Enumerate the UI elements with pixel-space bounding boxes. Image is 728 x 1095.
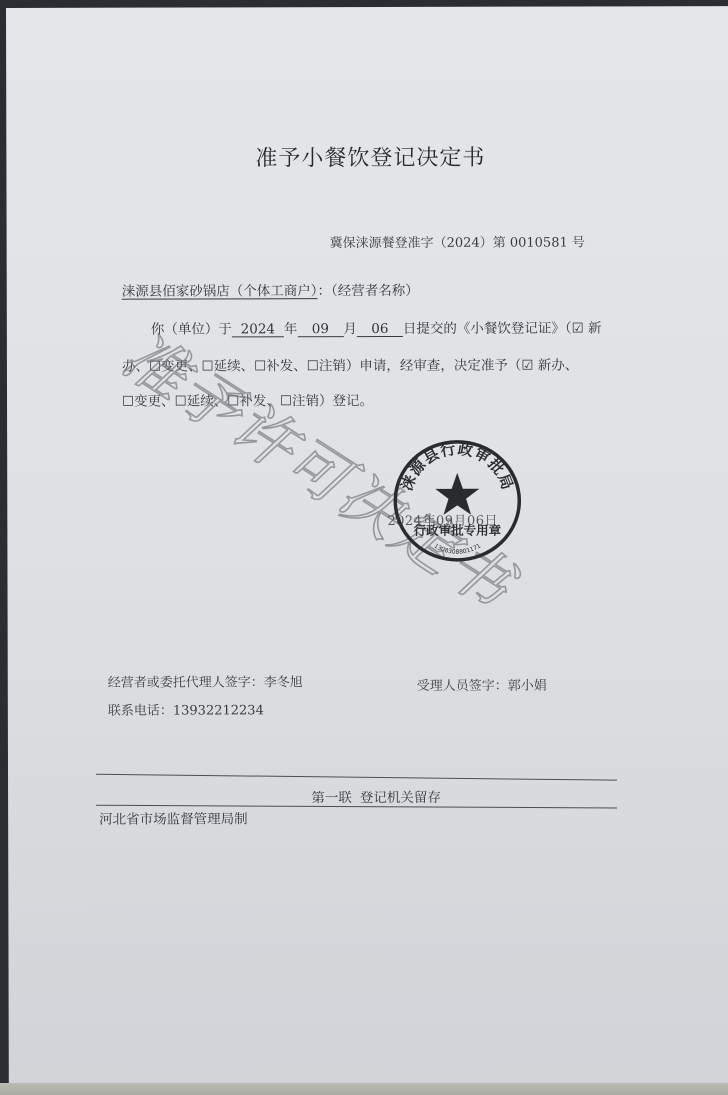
- receiver-signature-label: 受理人员签字：: [417, 679, 508, 694]
- copy-label: 第一联登记机关留存: [8, 785, 728, 807]
- submission-prefix: 你（单位）于: [151, 321, 232, 337]
- copy-desc: 登记机关留存: [360, 786, 441, 806]
- year-label: 年: [284, 321, 298, 337]
- decision-line: 办、☐变更、☐延续、☐补发、☐注销）申请，经审查，决定准予（☑ 新办、: [122, 354, 578, 375]
- operator-name-suffix: ：（经营者名称）: [317, 283, 418, 299]
- phone-number: 13932212234: [173, 703, 264, 718]
- decision-line-end: ☐变更、☐延续、☐补发、☐注销）登记。: [122, 389, 373, 410]
- operator-signature: 经营者或委托代理人签字：李冬旭: [108, 671, 303, 691]
- receiver-signature: 受理人员签字：郭小娟: [417, 675, 547, 694]
- submission-suffix: 日提交的《小餐饮登记证》（☑ 新: [403, 320, 602, 337]
- receiver-signature-name: 郭小娟: [508, 679, 547, 694]
- submit-month: 09: [297, 322, 343, 337]
- month-label: 月: [343, 321, 357, 337]
- operator-signature-label: 经营者或委托代理人签字：: [108, 675, 264, 690]
- seal-serial: 1308308801171: [433, 542, 483, 555]
- official-seal: 涞源县行政审批局 行政审批专用章 1308308801171: [390, 437, 524, 565]
- document-number: 冀保涞源餐登准字（2024）第 0010581 号: [330, 231, 585, 251]
- submission-line: 你（单位）于2024年09月06日提交的《小餐饮登记证》（☑ 新: [151, 316, 602, 337]
- submit-day: 06: [357, 322, 403, 337]
- desk-surface: [0, 1083, 728, 1095]
- copy-part: 第一联: [311, 786, 352, 806]
- form-maker: 河北省市场监督管理局制: [99, 807, 248, 827]
- seal-date: 2024年09月06日: [387, 510, 498, 529]
- operator-signature-name: 李冬旭: [264, 675, 303, 690]
- divider-top: [96, 774, 617, 781]
- operator-name: 涞源县佰家砂锅店（个体工商户）: [122, 283, 318, 300]
- document-title: 准予小餐饮登记决定书: [6, 140, 728, 173]
- contact-phone: 联系电话：13932212234: [108, 699, 264, 718]
- submit-year: 2024: [232, 322, 284, 337]
- star-icon: [435, 473, 479, 515]
- phone-label: 联系电话：: [108, 704, 173, 719]
- svg-text:1308308801171: 1308308801171: [433, 542, 483, 555]
- operator-name-line: 涞源县佰家砂锅店（个体工商户）：（经营者名称）: [122, 279, 419, 300]
- document-page: 准予小餐饮登记决定书 冀保涞源餐登准字（2024）第 0010581 号 涞源县…: [6, 6, 728, 1095]
